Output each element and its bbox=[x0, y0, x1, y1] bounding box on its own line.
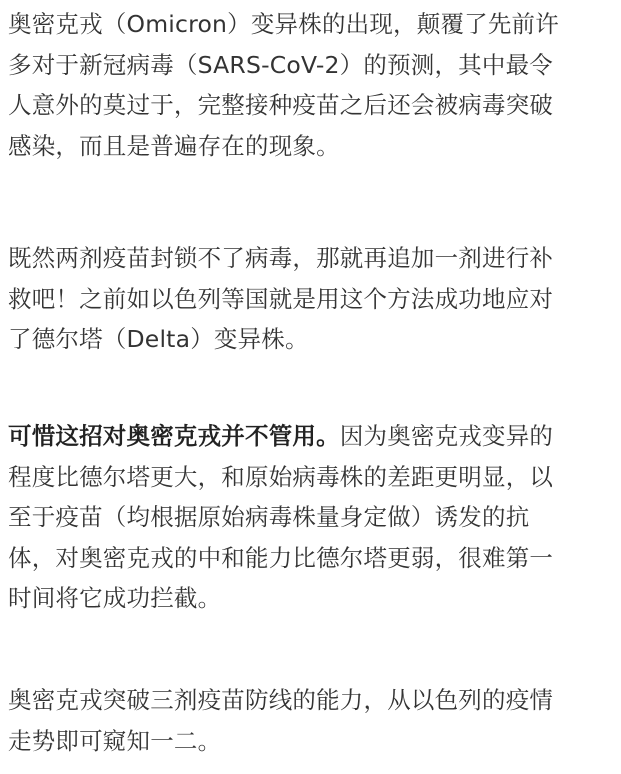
paragraph-israel-trend: 奥密克戎突破三剂疫苗防线的能力，从以色列的疫情 走势即可窥知一二。 bbox=[8, 680, 618, 761]
text-line: 时间将它成功拦截。 bbox=[8, 578, 618, 619]
text-line: 感染，而且是普遍存在的现象。 bbox=[8, 126, 618, 167]
text-line: 救吧！之前如以色列等国就是用这个方法成功地应对 bbox=[8, 279, 618, 320]
text-line: 体，对奥密克戎的中和能力比德尔塔更弱，很难第一 bbox=[8, 538, 618, 579]
text-line: 奥密克戎突破三剂疫苗防线的能力，从以色列的疫情 bbox=[8, 680, 618, 721]
text-segment: 因为奥密克戎变异的 bbox=[340, 422, 553, 450]
text-line: 程度比德尔塔更大，和原始病毒株的差距更明显，以 bbox=[8, 457, 618, 498]
text-line: 至于疫苗（均根据原始病毒株量身定做）诱发的抗 bbox=[8, 497, 618, 538]
text-line: 奥密克戎（Omicron）变异株的出现，颠覆了先前许 bbox=[8, 4, 618, 45]
text-line: 既然两剂疫苗封锁不了病毒，那就再追加一剂进行补 bbox=[8, 238, 618, 279]
paragraph-omicron-intro: 奥密克戎（Omicron）变异株的出现，颠覆了先前许 多对于新冠病毒（SARS-… bbox=[8, 4, 618, 166]
text-line: 了德尔塔（Delta）变异株。 bbox=[8, 319, 618, 360]
text-line: 人意外的莫过于，完整接种疫苗之后还会被病毒突破 bbox=[8, 85, 618, 126]
paragraph-booster-dose: 既然两剂疫苗封锁不了病毒，那就再追加一剂进行补 救吧！之前如以色列等国就是用这个… bbox=[8, 238, 618, 360]
text-line: 多对于新冠病毒（SARS-CoV-2）的预测，其中最令 bbox=[8, 45, 618, 86]
paragraph-booster-ineffective: 可惜这招对奥密克戎并不管用。因为奥密克戎变异的 程度比德尔塔更大，和原始病毒株的… bbox=[8, 416, 618, 619]
text-line: 走势即可窥知一二。 bbox=[8, 721, 618, 762]
bold-lead-text: 可惜这招对奥密克戎并不管用。 bbox=[8, 422, 340, 450]
text-line: 可惜这招对奥密克戎并不管用。因为奥密克戎变异的 bbox=[8, 416, 618, 457]
